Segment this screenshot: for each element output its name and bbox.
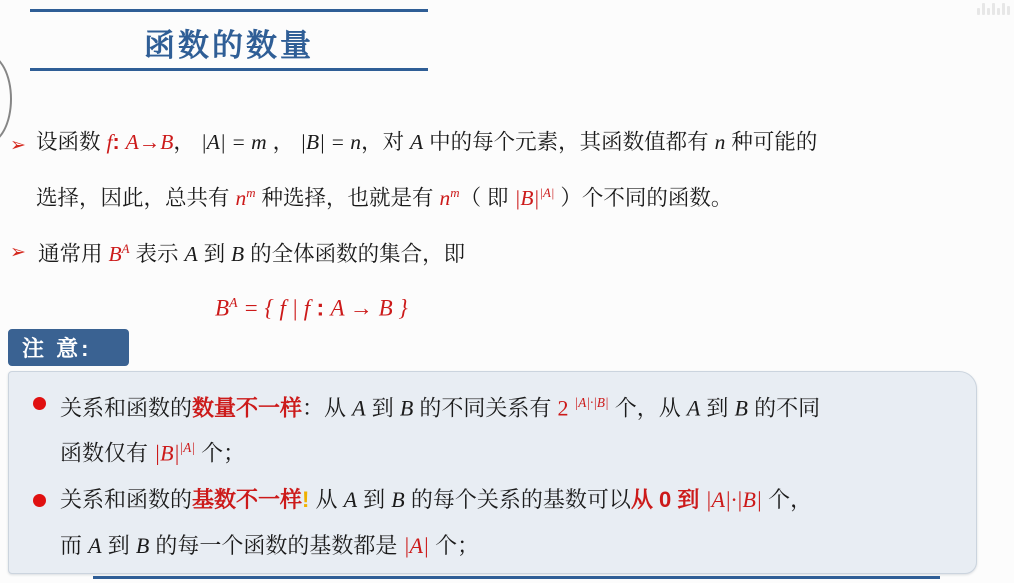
lecture-slide: 函数的数量 ➢ 设函数 f: A→B， |A| = m ， |B| = n，对 … xyxy=(0,0,1014,583)
note-bullet-1-line-1: 关系和函数的数量不一样：从 A 到 B 的不同关系有 2 |A|·|B| 个，从… xyxy=(60,387,820,423)
title-rule-bottom xyxy=(30,68,428,71)
note-label: 注 意: xyxy=(8,329,129,366)
page-title: 函数的数量 xyxy=(30,20,428,65)
arrow-bullet-icon: ➢ xyxy=(10,238,26,268)
arrow-bullet-icon: ➢ xyxy=(10,131,26,161)
title-rule-top xyxy=(30,9,428,12)
bullet-1-line-2: 选择，因此，总共有 nm 种选择，也就是有 nm（ 即 |B||A| ）个不同的… xyxy=(36,178,732,214)
footer-rule xyxy=(93,576,940,579)
red-dot-icon xyxy=(33,397,46,410)
note-bullet-2-line-1: 关系和函数的基数不一样! 从 A 到 B 的每个关系的基数可以从 0 到 |A|… xyxy=(60,484,812,515)
note-bullet-1-line-2: 函数仅有 |B||A| 个； xyxy=(60,432,245,468)
watermark-bars-icon xyxy=(977,3,1010,15)
bullet-1-line-1: 设函数 f: A→B， |A| = m ， |B| = n，对 A 中的每个元素… xyxy=(36,127,817,158)
note-bullet-2-line-2: 而 A 到 B 的每一个函数的基数都是 |A| 个； xyxy=(60,530,479,561)
formula-set-of-functions: BA = { f | f : A → B } xyxy=(215,287,408,324)
red-dot-icon xyxy=(33,494,46,507)
bullet-2-line-1: 通常用 BA 表示 A 到 B 的全体函数的集合，即 xyxy=(38,234,465,270)
